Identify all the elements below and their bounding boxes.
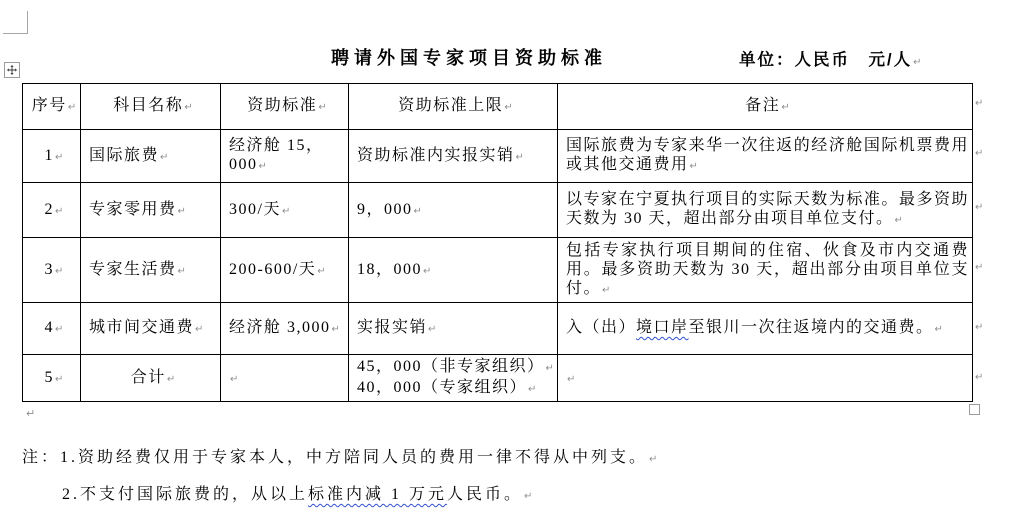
paragraph-mark-icon: ↵ <box>524 491 532 502</box>
paragraph-mark-icon: ↵ <box>546 363 554 374</box>
paragraph-mark-icon: ↵ <box>184 102 192 113</box>
paragraph-mark-icon: ↵ <box>55 206 63 217</box>
paragraph-mark-icon: ↵ <box>516 152 524 163</box>
header-cell-name[interactable]: 科目名称↵ <box>81 84 221 130</box>
paragraph-mark-icon: ↵ <box>160 152 168 163</box>
paragraph-mark-icon: ↵ <box>178 266 186 277</box>
paragraph-mark-icon: ↵ <box>781 102 789 113</box>
paragraph-mark-icon: ↵ <box>332 324 340 335</box>
row3-remark-cell[interactable]: 包括专家执行项目期间的住宿、伙食及市内交通费用。最多资助天数为 30 天，超出部… <box>558 238 973 303</box>
spellcheck-underlined-text: 境口岸 <box>636 319 689 336</box>
paragraph-mark-icon: ↵ <box>55 374 63 385</box>
row3-name-cell[interactable]: 专家生活费↵ <box>81 238 221 303</box>
move-icon <box>7 65 17 75</box>
row5-standard-cell[interactable]: ↵ <box>221 355 349 402</box>
paragraph-mark-icon: ↵ <box>317 266 325 277</box>
text-boundary-corner-icon <box>27 11 28 34</box>
header-cell-no[interactable]: 序号↵ <box>23 84 81 130</box>
row3-standard-cell[interactable]: 200-600/天↵ <box>221 238 349 303</box>
row3-no-cell[interactable]: 3↵ <box>23 238 81 303</box>
paragraph-mark-icon: ↵ <box>55 266 63 277</box>
table-header-row: 序号↵ 科目名称↵ 资助标准↵ 资助标准上限↵ 备注↵ <box>23 84 973 130</box>
paragraph-mark-icon: ↵ <box>195 324 203 335</box>
page-title[interactable]: 聘请外国专家项目资助标准 <box>331 44 607 70</box>
row2-standard-cell[interactable]: 300/天↵ <box>221 183 349 238</box>
document-page[interactable]: 聘请外国专家项目资助标准 单位：人民币 元/人↵ 序号↵ 科目名称↵ 资助标准↵… <box>0 0 1029 525</box>
paragraph-mark-icon: ↵ <box>602 285 610 296</box>
paragraph-mark-icon: ↵ <box>895 215 903 226</box>
row2-name-cell[interactable]: 专家零用费↵ <box>81 183 221 238</box>
limit-line-2: 40，000（专家组织）↵ <box>357 378 554 399</box>
paragraph-mark-icon: ↵ <box>282 206 290 217</box>
row5-no-cell[interactable]: 5↵ <box>23 355 81 402</box>
text-boundary-corner-icon <box>3 33 28 34</box>
row1-limit-cell[interactable]: 资助标准内实报实销↵ <box>349 130 558 183</box>
row-end-mark-icon: ↵ <box>975 202 983 213</box>
paragraph-mark-icon: ↵ <box>428 324 436 335</box>
limit-line-1: 45，000（非专家组织）↵ <box>357 357 554 378</box>
row2-limit-cell[interactable]: 9，000↵ <box>349 183 558 238</box>
unit-label[interactable]: 单位：人民币 元/人↵ <box>739 46 921 70</box>
row-end-mark-icon: ↵ <box>975 262 983 273</box>
unit-label-text: 单位：人民币 元/人 <box>739 51 912 69</box>
paragraph-mark-icon: ↵ <box>414 206 422 217</box>
table-row: 4↵ 城市间交通费↵ 经济舱 3,000↵ 实报实销↵ 入（出）境口岸至银川一次… <box>23 303 973 355</box>
row-end-mark-icon: ↵ <box>975 98 983 109</box>
table-row: 1↵ 国际旅费↵ 经济舱 15，000↵ 资助标准内实报实销↵ 国际旅费为专家来… <box>23 130 973 183</box>
paragraph-mark-icon: ↵ <box>68 102 76 113</box>
row5-name-cell[interactable]: 合计↵ <box>81 355 221 402</box>
row4-limit-cell[interactable]: 实报实销↵ <box>349 303 558 355</box>
paragraph-mark-icon: ↵ <box>567 374 575 385</box>
row2-no-cell[interactable]: 2↵ <box>23 183 81 238</box>
row4-remark-cell[interactable]: 入（出）境口岸至银川一次往返境内的交通费。↵ <box>558 303 973 355</box>
row4-no-cell[interactable]: 4↵ <box>23 303 81 355</box>
paragraph-mark-icon: ↵ <box>423 266 431 277</box>
page-title-text: 聘请外国专家项目资助标准 <box>331 48 607 68</box>
spellcheck-underlined-text: 标准内减 1 万元 <box>308 486 447 503</box>
paragraph-mark-icon: ↵ <box>26 407 35 420</box>
header-cell-standard[interactable]: 资助标准↵ <box>221 84 349 130</box>
note-line-1[interactable]: 注：1.资助经费仅用于专家本人，中方陪同人员的费用一律不得从中列支。↵ <box>22 444 657 467</box>
note-line-2[interactable]: 2.不支付国际旅费的，从以上标准内减 1 万元人民币。↵ <box>62 481 532 504</box>
row1-name-cell[interactable]: 国际旅费↵ <box>81 130 221 183</box>
paragraph-mark-icon: ↵ <box>649 454 657 465</box>
paragraph-mark-icon: ↵ <box>55 152 63 163</box>
table-row: 5↵ 合计↵ ↵ 45，000（非专家组织）↵ 40，000（专家组织）↵ ↵ <box>23 355 973 402</box>
table-row: 3↵ 专家生活费↵ 200-600/天↵ 18，000↵ 包括专家执行项目期间的… <box>23 238 973 303</box>
row5-limit-cell[interactable]: 45，000（非专家组织）↵ 40，000（专家组织）↵ <box>349 355 558 402</box>
row1-standard-cell[interactable]: 经济舱 15，000↵ <box>221 130 349 183</box>
row4-standard-cell[interactable]: 经济舱 3,000↵ <box>221 303 349 355</box>
table-row: 2↵ 专家零用费↵ 300/天↵ 9，000↵ 以专家在宁夏执行项目的实际天数为… <box>23 183 973 238</box>
row4-name-cell[interactable]: 城市间交通费↵ <box>81 303 221 355</box>
table-resize-handle[interactable] <box>969 404 980 415</box>
paragraph-mark-icon: ↵ <box>935 324 943 335</box>
row-end-mark-icon: ↵ <box>975 372 983 383</box>
paragraph-mark-icon: ↵ <box>167 374 175 385</box>
paragraph-mark-icon: ↵ <box>690 161 698 172</box>
funding-standards-table: 序号↵ 科目名称↵ 资助标准↵ 资助标准上限↵ 备注↵ 1↵ 国际旅费↵ 经济舱… <box>22 83 973 402</box>
paragraph-mark-icon: ↵ <box>913 57 921 68</box>
paragraph-mark-icon: ↵ <box>230 374 238 385</box>
paragraph-mark-icon: ↵ <box>55 324 63 335</box>
row3-limit-cell[interactable]: 18，000↵ <box>349 238 558 303</box>
table-move-handle[interactable] <box>4 62 20 78</box>
row2-remark-cell[interactable]: 以专家在宁夏执行项目的实际天数为标准。最多资助天数为 30 天，超出部分由项目单… <box>558 183 973 238</box>
row-end-mark-icon: ↵ <box>975 322 983 333</box>
paragraph-mark-icon: ↵ <box>528 384 536 395</box>
paragraph-mark-icon: ↵ <box>504 102 512 113</box>
paragraph-mark-icon: ↵ <box>318 102 326 113</box>
paragraph-mark-icon: ↵ <box>178 206 186 217</box>
row5-remark-cell[interactable]: ↵ <box>558 355 973 402</box>
row-end-mark-icon: ↵ <box>975 148 983 159</box>
paragraph-mark-icon: ↵ <box>259 161 267 172</box>
header-cell-limit[interactable]: 资助标准上限↵ <box>349 84 558 130</box>
row1-no-cell[interactable]: 1↵ <box>23 130 81 183</box>
header-cell-remark[interactable]: 备注↵ <box>558 84 973 130</box>
row1-remark-cell[interactable]: 国际旅费为专家来华一次往返的经济舱国际机票费用或其他交通费用↵ <box>558 130 973 183</box>
